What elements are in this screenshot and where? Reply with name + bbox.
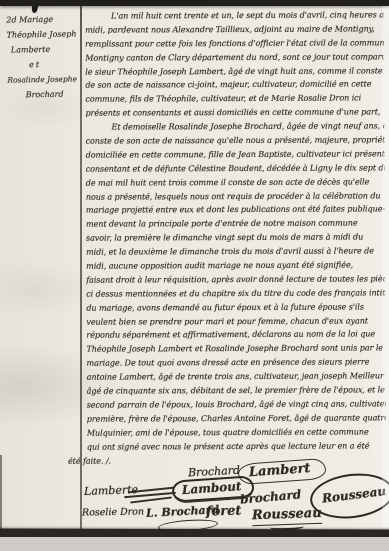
signature-block: Brochard Lambert Lamberte Lambout brocha… xyxy=(0,0,389,551)
page-left-edge xyxy=(0,455,2,533)
page-top-edge xyxy=(0,0,389,6)
signature-roselie-dron: Roselie Dron xyxy=(82,506,144,518)
scanned-page: 2d Mariage Théophile Joseph Lamberte et … xyxy=(0,0,389,551)
pen-flourish xyxy=(130,496,172,503)
page-right-edge xyxy=(382,6,389,530)
scanner-background xyxy=(0,537,389,551)
signature-foret: foret xyxy=(206,503,242,519)
